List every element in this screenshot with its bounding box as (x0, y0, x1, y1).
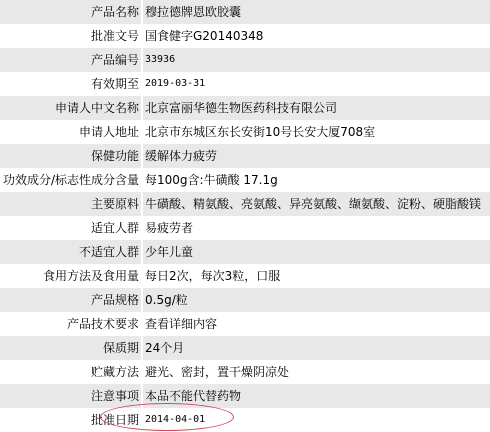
label-product-code: 产品编号 (0, 48, 141, 72)
label-approval-date: 批准日期 (0, 408, 141, 432)
value-applicant-address: 北京市东城区东长安街10号长安大厦708室 (143, 120, 490, 144)
label-unsuitable-people: 不适宜人群 (0, 240, 141, 264)
label-active-ingredient: 功效成分/标志性成分含量 (0, 168, 141, 192)
row-storage: 贮藏方法 避光、密封，置干燥阴凉处 (0, 360, 490, 384)
label-dosage: 食用方法及食用量 (0, 264, 141, 288)
label-product-name: 产品名称 (0, 0, 141, 24)
label-valid-until: 有效期至 (0, 72, 141, 96)
value-main-ingredients: 牛磺酸、精氨酸、亮氨酸、异亮氨酸、缬氨酸、淀粉、硬脂酸镁 (143, 192, 490, 216)
label-approval-number: 批准文号 (0, 24, 141, 48)
value-approval-date: 2014-04-01 (143, 408, 490, 432)
value-storage: 避光、密封，置干燥阴凉处 (143, 360, 490, 384)
value-specification: 0.5g/粒 (143, 288, 490, 312)
label-storage: 贮藏方法 (0, 360, 141, 384)
row-health-function: 保健功能 缓解体力疲劳 (0, 144, 490, 168)
value-precautions: 本品不能代替药物 (143, 384, 490, 408)
row-approval-date: 批准日期 2014-04-01 (0, 408, 490, 432)
value-dosage: 每日2次，每次3粒，口服 (143, 264, 490, 288)
label-precautions: 注意事项 (0, 384, 141, 408)
row-applicant-name: 申请人中文名称 北京富丽华德生物医药科技有限公司 (0, 96, 490, 120)
row-active-ingredient: 功效成分/标志性成分含量 每100g含:牛磺酸 17.1g (0, 168, 490, 192)
row-main-ingredients: 主要原料 牛磺酸、精氨酸、亮氨酸、异亮氨酸、缬氨酸、淀粉、硬脂酸镁 (0, 192, 490, 216)
value-approval-number: 国食健字G20140348 (143, 24, 490, 48)
row-suitable-people: 适宜人群 易疲劳者 (0, 216, 490, 240)
label-main-ingredients: 主要原料 (0, 192, 141, 216)
value-active-ingredient: 每100g含:牛磺酸 17.1g (143, 168, 490, 192)
value-suitable-people: 易疲劳者 (143, 216, 490, 240)
row-precautions: 注意事项 本品不能代替药物 (0, 384, 490, 408)
label-shelf-life: 保质期 (0, 336, 141, 360)
label-suitable-people: 适宜人群 (0, 216, 141, 240)
value-unsuitable-people: 少年儿童 (143, 240, 490, 264)
row-dosage: 食用方法及食用量 每日2次，每次3粒，口服 (0, 264, 490, 288)
label-applicant-name: 申请人中文名称 (0, 96, 141, 120)
row-specification: 产品规格 0.5g/粒 (0, 288, 490, 312)
value-product-code: 33936 (143, 48, 490, 72)
row-product-code: 产品编号 33936 (0, 48, 490, 72)
value-shelf-life: 24个月 (143, 336, 490, 360)
label-technical-requirements: 产品技术要求 (0, 312, 141, 336)
row-shelf-life: 保质期 24个月 (0, 336, 490, 360)
row-technical-requirements: 产品技术要求 查看详细内容 (0, 312, 490, 336)
value-applicant-name: 北京富丽华德生物医药科技有限公司 (143, 96, 490, 120)
label-specification: 产品规格 (0, 288, 141, 312)
label-health-function: 保健功能 (0, 144, 141, 168)
value-health-function: 缓解体力疲劳 (143, 144, 490, 168)
row-product-name: 产品名称 穆拉德牌恩欧胶囊 (0, 0, 490, 24)
view-details-link[interactable]: 查看详细内容 (143, 312, 490, 336)
row-approval-number: 批准文号 国食健字G20140348 (0, 24, 490, 48)
value-valid-until: 2019-03-31 (143, 72, 490, 96)
row-valid-until: 有效期至 2019-03-31 (0, 72, 490, 96)
row-unsuitable-people: 不适宜人群 少年儿童 (0, 240, 490, 264)
product-info-table: 产品名称 穆拉德牌恩欧胶囊 批准文号 国食健字G20140348 产品编号 33… (0, 0, 490, 432)
value-product-name: 穆拉德牌恩欧胶囊 (143, 0, 490, 24)
label-applicant-address: 申请人地址 (0, 120, 141, 144)
row-applicant-address: 申请人地址 北京市东城区东长安街10号长安大厦708室 (0, 120, 490, 144)
